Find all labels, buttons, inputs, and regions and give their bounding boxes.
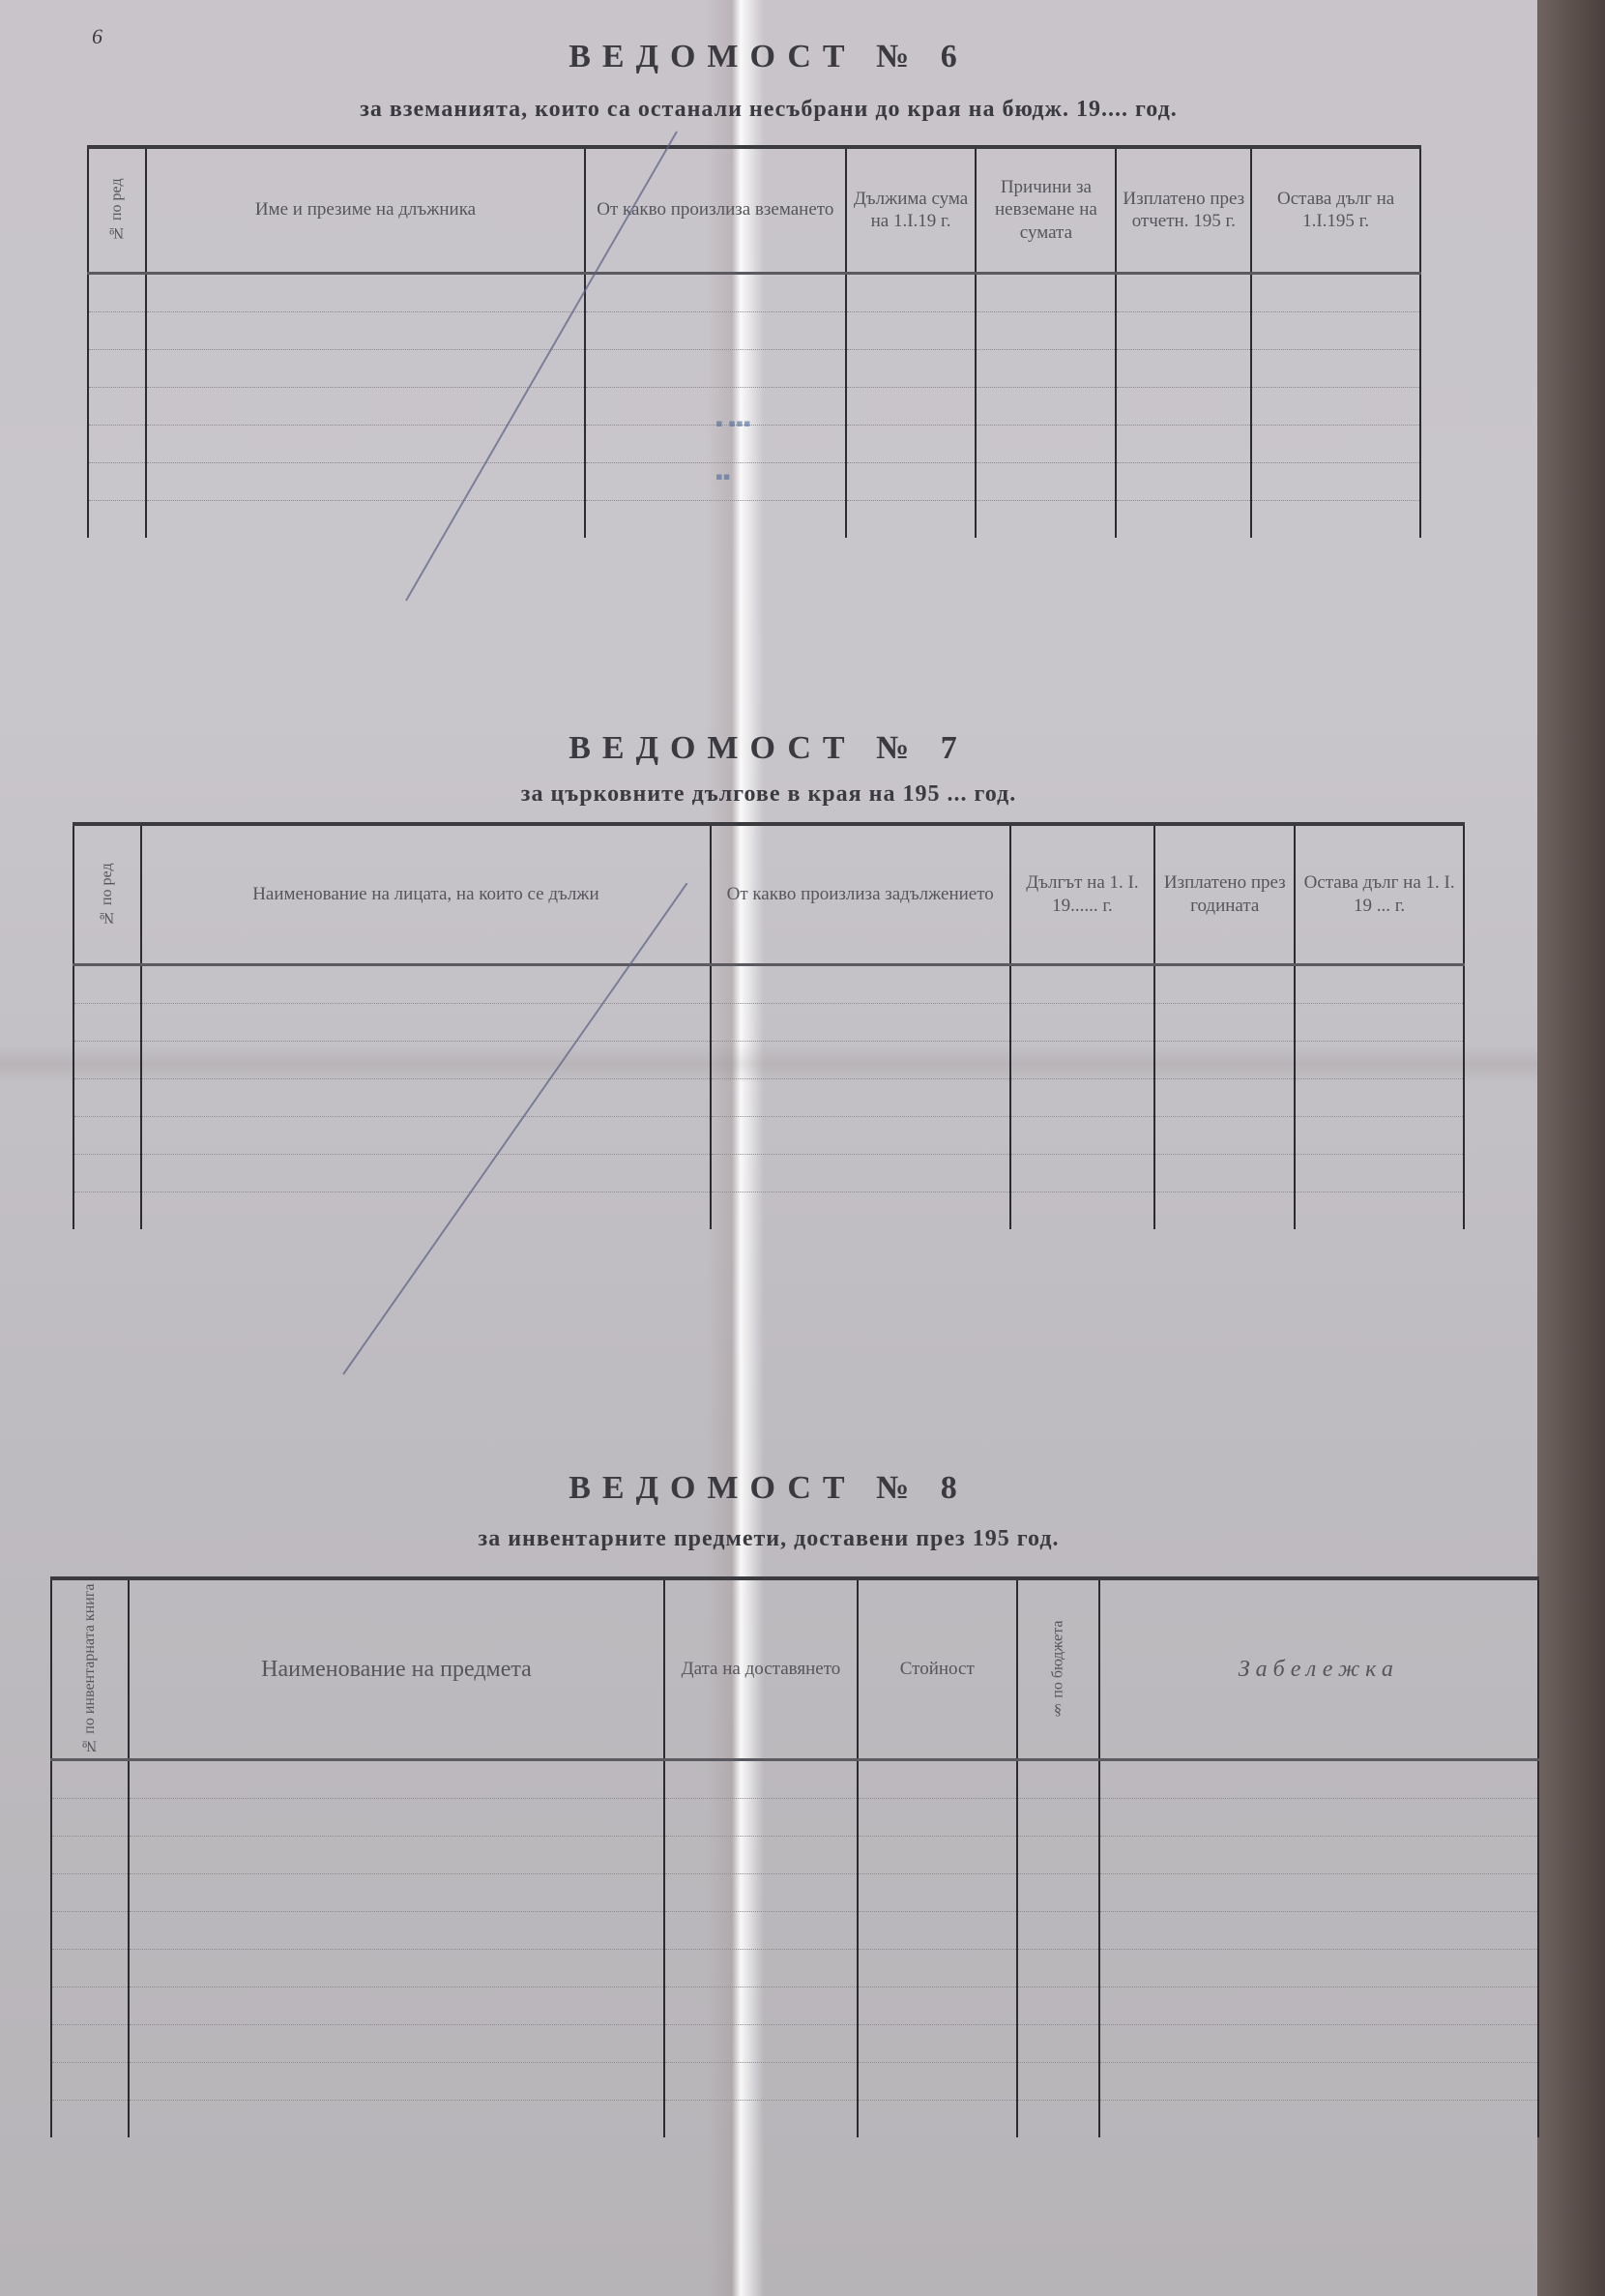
col-debt-origin: От какво произлиза задължението <box>711 824 1010 964</box>
section-8-table: № по инвентарната книга Наименование на … <box>50 1576 1539 2137</box>
table-row <box>73 1078 1464 1116</box>
section-6-table: № по ред Име и презиме на длъжника От ка… <box>87 145 1421 538</box>
col-reasons: Причини за невземане на сумата <box>976 147 1116 273</box>
table-row <box>73 1154 1464 1192</box>
col-budget-paragraph: § по бюджета <box>1017 1578 1099 1760</box>
section-8-subtitle: за инвентарните предмети, доставени през… <box>0 1526 1537 1552</box>
col-remark: Забележка <box>1099 1578 1538 1760</box>
table-row <box>88 425 1420 462</box>
col-row-number: № по ред <box>73 824 141 964</box>
table-row <box>73 1116 1464 1154</box>
col-creditor-name: Наименование на лицата, на които се дълж… <box>141 824 711 964</box>
table-row <box>73 1003 1464 1041</box>
col-inventory-number: № по инвентарната книга <box>51 1578 129 1760</box>
table-row <box>51 1950 1538 1987</box>
table-row <box>51 1987 1538 2025</box>
table-row <box>51 2025 1538 2063</box>
col-paid: Изплатено през отчетн. 195 г. <box>1116 147 1251 273</box>
col-remaining-debt: Остава дълг на 1. I. 19 ... г. <box>1295 824 1464 964</box>
ink-stain: ▪▪ <box>715 464 731 489</box>
table-row <box>51 1912 1538 1950</box>
section-6-title: ВЕДОМОСТ № 6 <box>0 39 1537 75</box>
table-row <box>73 1041 1464 1078</box>
table-row <box>73 1192 1464 1229</box>
table-row <box>51 1837 1538 1874</box>
table-row <box>88 500 1420 538</box>
section-6-subtitle: за вземанията, които са останали несъбра… <box>0 97 1537 123</box>
ink-stain: ▪ ▪▪▪ <box>715 411 751 436</box>
table-row <box>51 2063 1538 2101</box>
col-amount-due: Дължима сума на 1.I.19 г. <box>846 147 977 273</box>
col-remaining: Остава дълг на 1.I.195 г. <box>1251 147 1420 273</box>
table-row <box>88 387 1420 425</box>
table-row <box>88 311 1420 349</box>
table-row <box>88 349 1420 387</box>
col-value: Стойност <box>858 1578 1017 1760</box>
section-8-title: ВЕДОМОСТ № 8 <box>0 1470 1537 1507</box>
col-paid-year: Изплатено през годината <box>1154 824 1295 964</box>
section-7-title: ВЕДОМОСТ № 7 <box>0 730 1537 767</box>
table-row <box>51 2101 1538 2138</box>
table-row <box>88 273 1420 311</box>
col-row-number: № по ред <box>88 147 146 273</box>
col-item-name: Наименование на предмета <box>129 1578 664 1760</box>
section-7-subtitle: за църковните дългове в края на 195 ... … <box>0 781 1537 808</box>
col-debtor-name: Име и презиме на длъжника <box>146 147 585 273</box>
col-debt-start: Дългът на 1. I. 19...... г. <box>1010 824 1155 964</box>
table-row <box>51 1760 1538 1799</box>
col-delivery-date: Дата на доставянето <box>664 1578 858 1760</box>
col-claim-origin: От какво произлиза вземането <box>585 147 846 273</box>
table-row <box>88 462 1420 500</box>
table-row <box>51 1799 1538 1837</box>
section-7-table: № по ред Наименование на лицата, на коит… <box>73 822 1465 1229</box>
table-row <box>73 964 1464 1003</box>
table-row <box>51 1874 1538 1912</box>
